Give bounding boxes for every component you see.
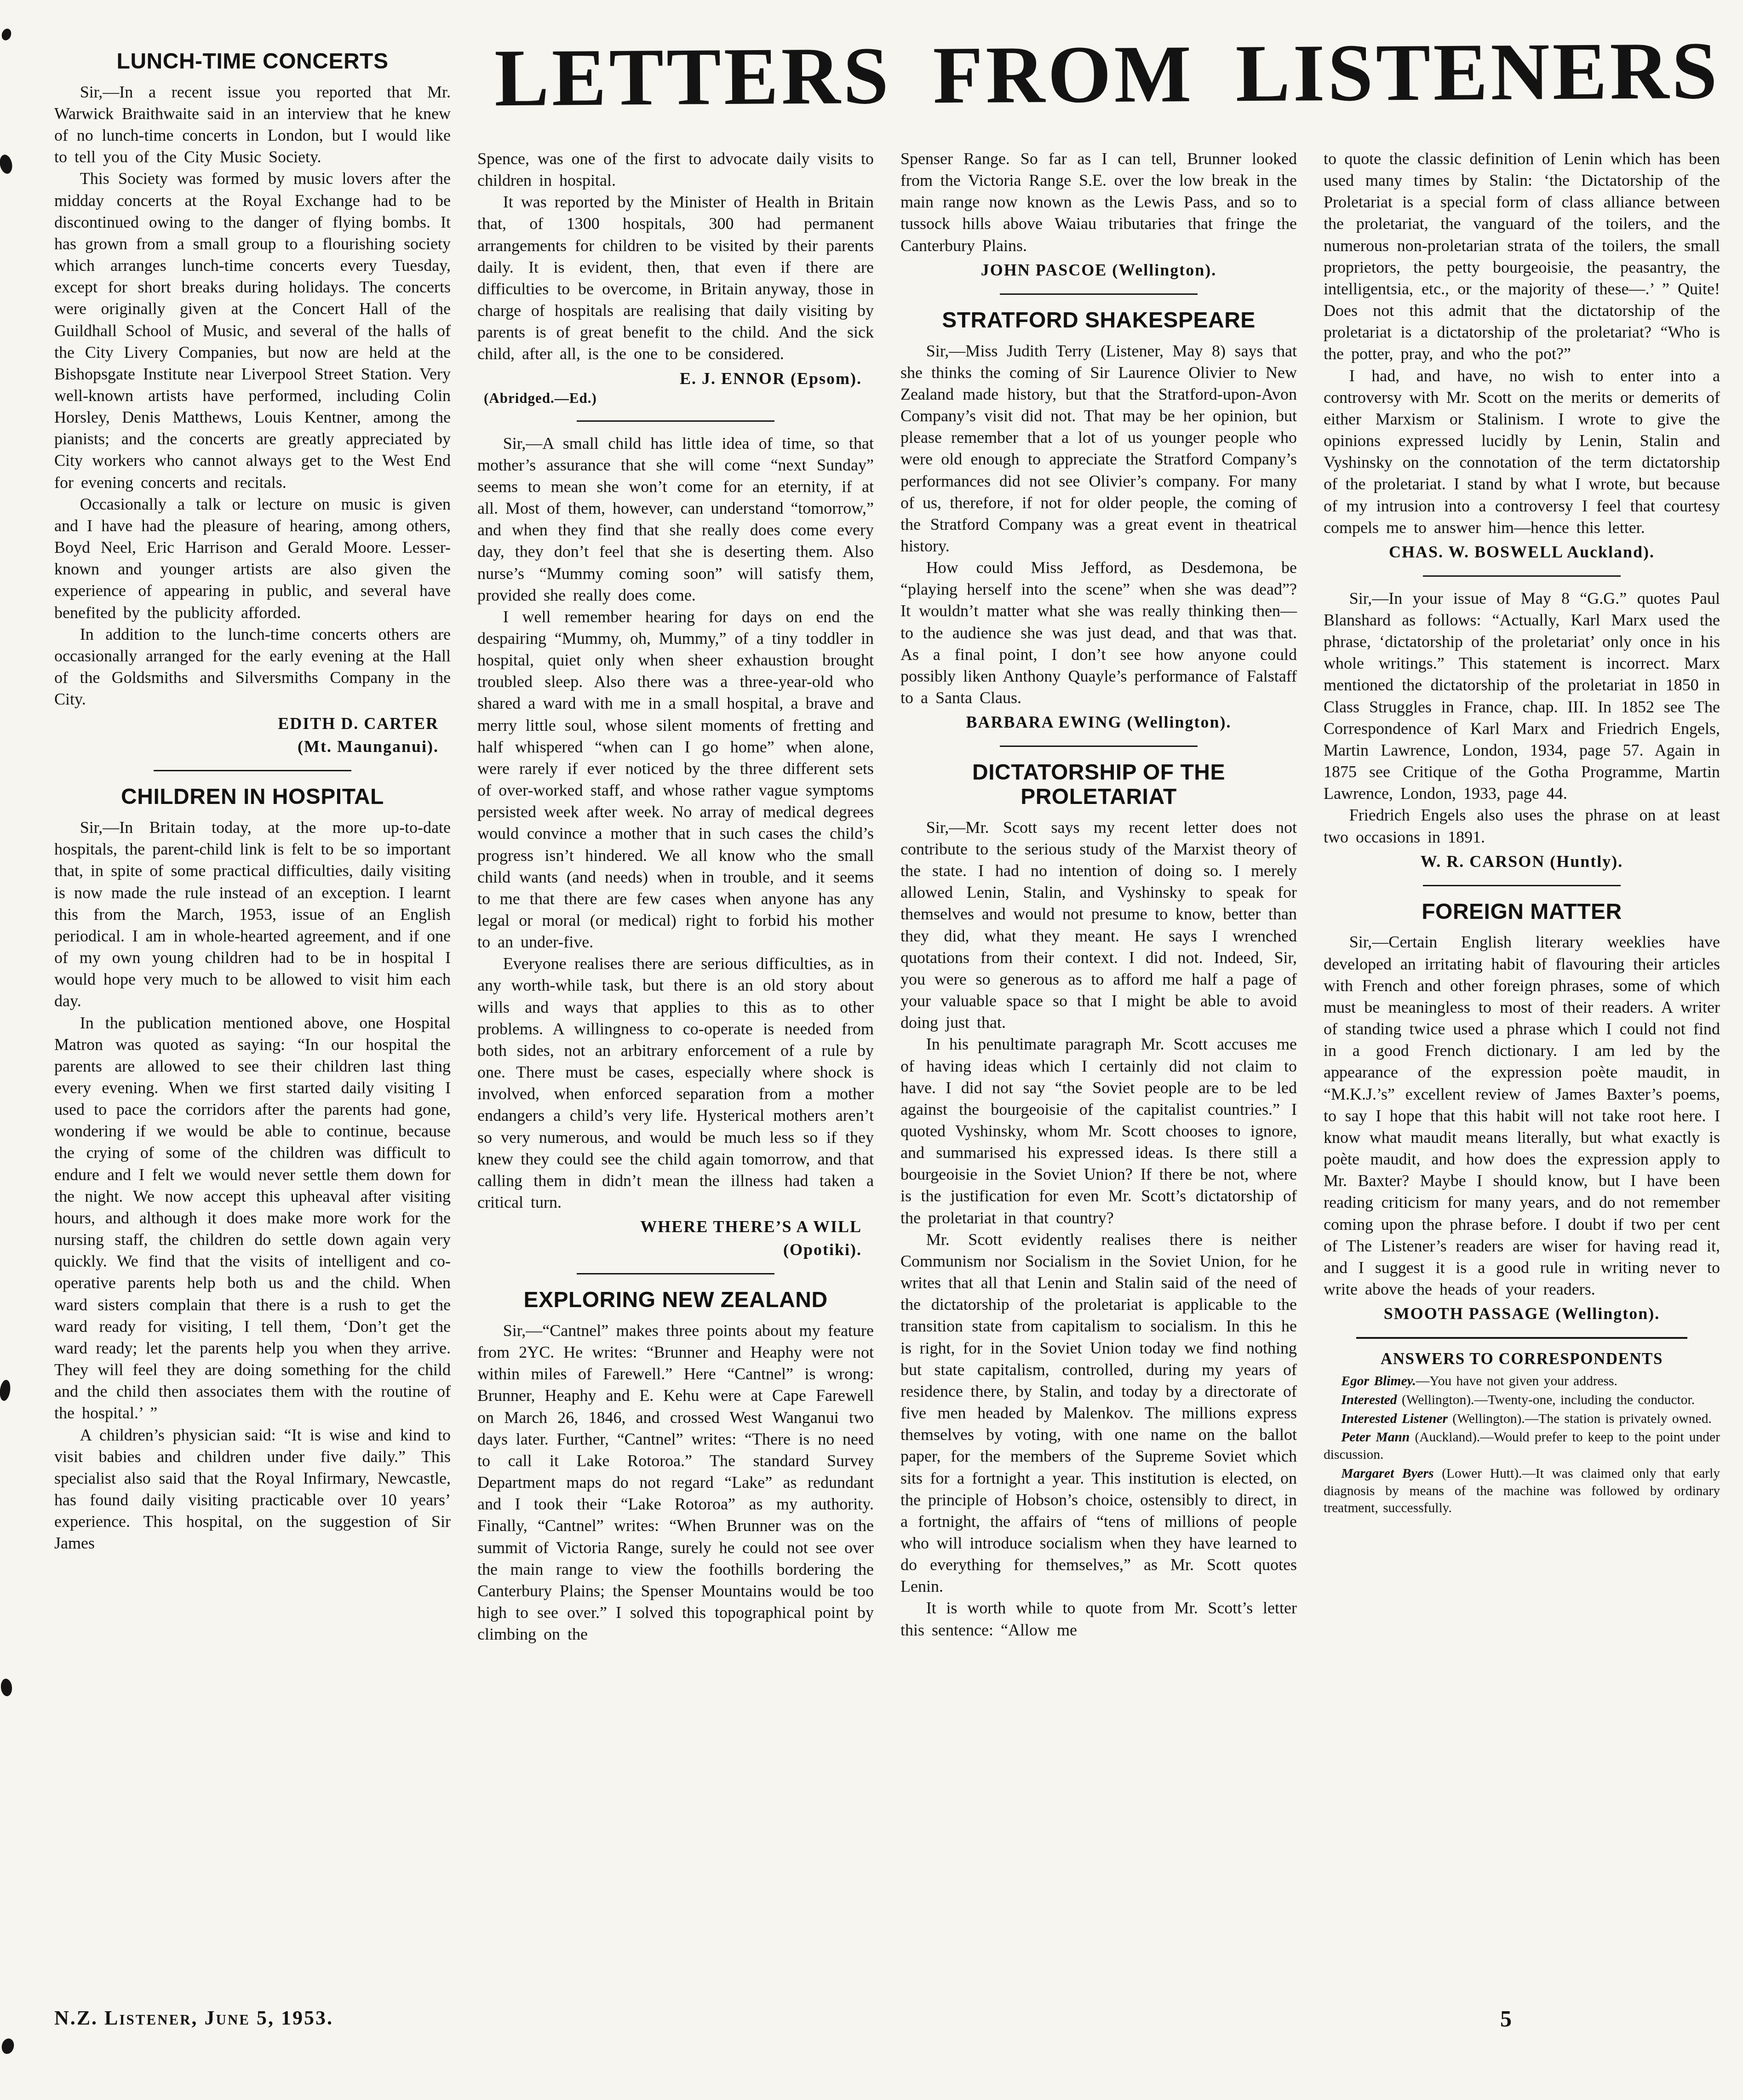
column-4: to quote the classic definition of Lenin… — [1324, 148, 1720, 1519]
letter-paragraph: Sir,—“Cantnel” makes three points about … — [477, 1320, 874, 1645]
column-1: LUNCH-TIME CONCERTSSir,—In a recent issu… — [54, 50, 451, 1554]
section-heading: EXPLORING NEW ZEALAND — [477, 1288, 874, 1313]
correspondent-name: Peter Mann — [1341, 1430, 1410, 1445]
letter-paragraph: Sir,—Certain English literary weeklies h… — [1324, 931, 1720, 1300]
correspondent-reply: (Wellington).—The station is privately o… — [1448, 1411, 1712, 1426]
letter-paragraph: In addition to the lunch-time concerts o… — [54, 624, 451, 711]
letter-paragraph: In the publication mentioned above, one … — [54, 1012, 451, 1424]
letters-columns: LUNCH-TIME CONCERTSSir,—In a recent issu… — [54, 0, 1720, 2100]
ink-smudge — [0, 154, 14, 175]
correspondent-answer: Peter Mann (Auckland).—Would prefer to k… — [1324, 1429, 1720, 1464]
letter-paragraph: Mr. Scott evidently realises there is ne… — [900, 1229, 1297, 1598]
letter-paragraph: Everyone realises there are serious diff… — [477, 953, 874, 1213]
section-heading: LUNCH-TIME CONCERTS — [54, 50, 451, 74]
section-heading: CHILDREN IN HOSPITAL — [54, 785, 451, 809]
correspondent-name: Interested — [1341, 1393, 1397, 1407]
section-heading: STRATFORD SHAKESPEARE — [900, 309, 1297, 333]
letter-paragraph: In his penultimate paragraph Mr. Scott a… — [900, 1033, 1297, 1228]
letter-signature: CHAS. W. BOSWELL Auckland). — [1324, 542, 1720, 562]
correspondent-answer: Interested (Wellington).—Twenty-one, inc… — [1324, 1392, 1720, 1409]
newspaper-page: LETTERSFROMLISTENERS LUNCH-TIME CONCERTS… — [0, 0, 1743, 2100]
letter-paragraph: How could Miss Jefford, as Desdemona, be… — [900, 557, 1297, 709]
letter-signature: (Opotiki). — [477, 1240, 874, 1259]
ink-smudge — [0, 1379, 11, 1402]
correspondent-name: Egor Blimey. — [1341, 1374, 1416, 1389]
letter-paragraph: Spence, was one of the first to advocate… — [477, 148, 874, 191]
column-3: Spenser Range. So far as I can tell, Bru… — [900, 148, 1297, 1641]
section-divider — [577, 1273, 774, 1274]
section-divider — [1423, 885, 1621, 886]
letter-signature: (Mt. Maunganui). — [54, 737, 451, 756]
column-2: Spence, was one of the first to advocate… — [477, 148, 874, 1645]
letter-paragraph: Sir,—A small child has little idea of ti… — [477, 433, 874, 606]
section-divider — [154, 770, 351, 771]
correspondent-name: Margaret Byers — [1341, 1466, 1433, 1481]
letter-paragraph: Sir,—In your issue of May 8 “G.G.” quote… — [1324, 588, 1720, 805]
letter-paragraph: Sir,—Mr. Scott says my recent letter doe… — [900, 817, 1297, 1034]
section-divider — [1356, 1337, 1687, 1339]
letter-signature: WHERE THERE’S A WILL — [477, 1217, 874, 1236]
letter-signature: W. R. CARSON (Huntly). — [1324, 852, 1720, 871]
section-divider — [1423, 575, 1621, 577]
letter-paragraph: A children’s physician said: “It is wise… — [54, 1424, 451, 1555]
editor-note: (Abridged.—Ed.) — [484, 390, 874, 407]
page-number: 5 — [1500, 2005, 1512, 2032]
letter-paragraph: Friedrich Engels also uses the phrase on… — [1324, 804, 1720, 848]
letter-signature: JOHN PASCOE (Wellington). — [900, 260, 1297, 280]
section-heading: FOREIGN MATTER — [1324, 900, 1720, 924]
correspondent-name: Interested Listener — [1341, 1411, 1448, 1426]
ink-smudge — [0, 27, 13, 41]
letter-paragraph: Sir,—In Britain today, at the more up-to… — [54, 817, 451, 1012]
ink-smudge — [0, 1678, 13, 1697]
section-divider — [577, 420, 774, 422]
ink-smudge — [0, 2037, 15, 2055]
letter-signature: E. J. ENNOR (Epsom). — [477, 369, 874, 388]
letter-paragraph: It was reported by the Minister of Healt… — [477, 191, 874, 365]
answers-heading: ANSWERS TO CORRESPONDENTS — [1324, 1350, 1720, 1368]
letter-paragraph: It is worth while to quote from Mr. Scot… — [900, 1597, 1297, 1641]
correspondent-reply: (Wellington).—Twenty-one, including the … — [1397, 1393, 1695, 1407]
letter-paragraph: I well remember hearing for days on end … — [477, 606, 874, 953]
issue-date-line: N.Z. Listener, June 5, 1953. — [54, 2006, 333, 2030]
letter-paragraph: I had, and have, no wish to enter into a… — [1324, 365, 1720, 539]
letter-paragraph: to quote the classic definition of Lenin… — [1324, 148, 1720, 365]
letter-paragraph: This Society was formed by music lovers … — [54, 168, 451, 493]
letter-paragraph: Spenser Range. So far as I can tell, Bru… — [900, 148, 1297, 257]
correspondent-answer: Interested Listener (Wellington).—The st… — [1324, 1411, 1720, 1428]
section-divider — [1000, 293, 1198, 295]
letter-signature: EDITH D. CARTER — [54, 714, 451, 733]
letter-paragraph: Sir,—In a recent issue you reported that… — [54, 81, 451, 168]
correspondent-reply: —You have not given your address. — [1416, 1374, 1617, 1389]
letter-paragraph: Occasionally a talk or lecture on music … — [54, 493, 451, 624]
letter-signature: SMOOTH PASSAGE (Wellington). — [1324, 1304, 1720, 1323]
letter-signature: BARBARA EWING (Wellington). — [900, 712, 1297, 732]
section-heading: DICTATORSHIP OF THE PROLETARIAT — [900, 761, 1297, 809]
section-divider — [1000, 746, 1198, 747]
letter-paragraph: Sir,—Miss Judith Terry (Listener, May 8)… — [900, 340, 1297, 557]
correspondent-answer: Margaret Byers (Lower Hutt).—It was clai… — [1324, 1465, 1720, 1517]
correspondent-answer: Egor Blimey.—You have not given your add… — [1324, 1373, 1720, 1390]
